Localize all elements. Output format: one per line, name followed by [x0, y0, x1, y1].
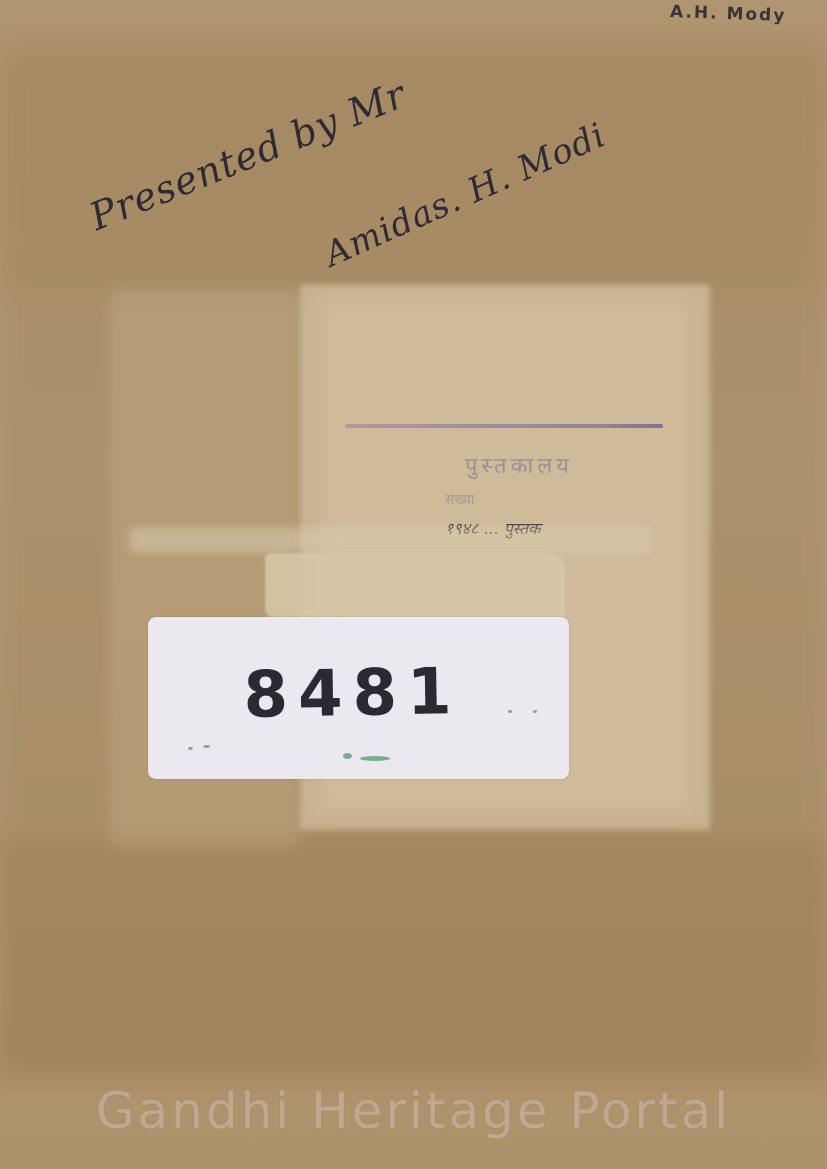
ink-spot	[360, 756, 390, 761]
ink-spot	[508, 710, 512, 713]
torn-paper-residue	[265, 553, 565, 618]
glue-residue-band	[130, 527, 650, 553]
scanned-page: A.H. Mody Presented by Mr Amidas. H. Mod…	[0, 0, 827, 1169]
stain-band-bottom	[0, 840, 827, 1080]
ink-spot	[343, 753, 352, 759]
ink-spot	[188, 747, 193, 750]
stamp-line-1: पुस्तकालय	[465, 450, 573, 480]
ink-spot	[533, 710, 537, 713]
stamp-rule	[345, 424, 663, 428]
watermark: Gandhi Heritage Portal	[0, 1082, 827, 1140]
accession-number: 8481	[141, 653, 563, 734]
stamp-line-2: संख्या	[445, 490, 474, 509]
ink-spot	[203, 745, 210, 748]
accession-label: 8481	[148, 617, 569, 779]
corner-note: A.H. Mody	[670, 2, 787, 26]
